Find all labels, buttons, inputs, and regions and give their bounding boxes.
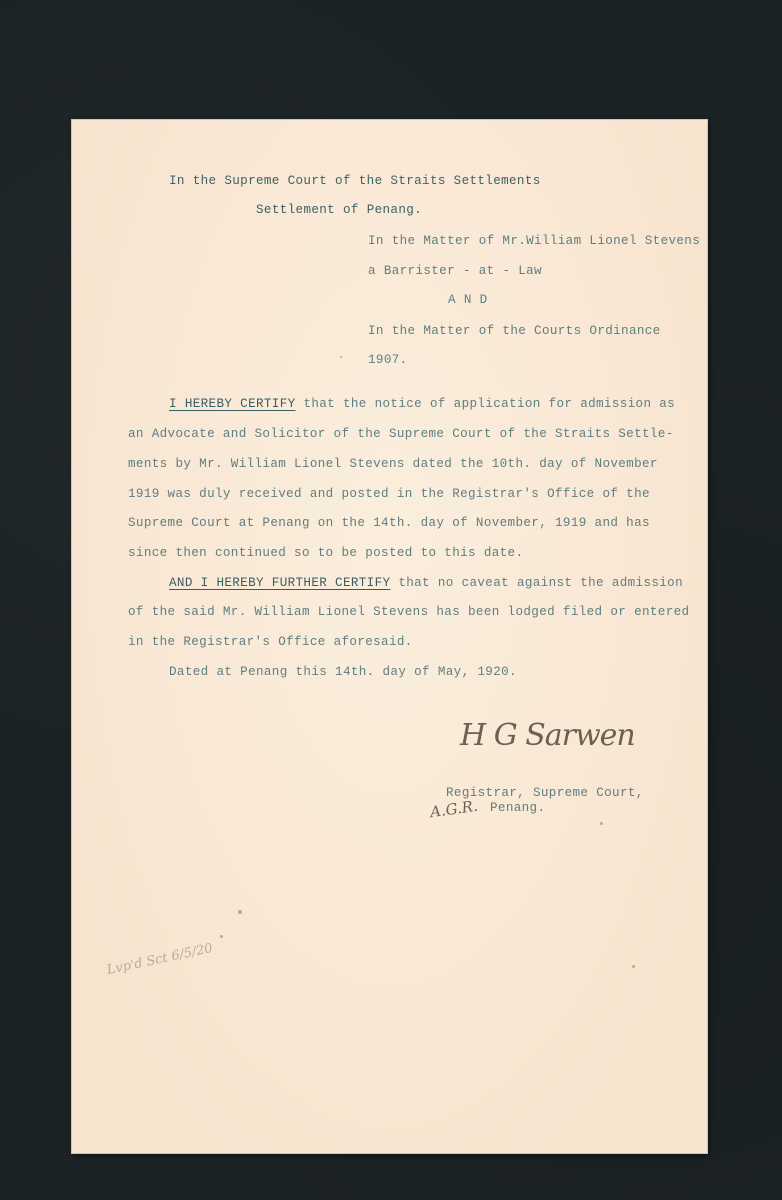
paragraph-1-line-1: I HEREBY CERTIFY that the notice of appl… [169, 396, 675, 412]
and-conjunction: A N D [448, 292, 488, 308]
certificate-document: In the Supreme Court of the Straits Sett… [72, 120, 707, 1153]
certify-lead: I HEREBY CERTIFY [169, 397, 296, 411]
paragraph-2-line-1: AND I HEREBY FURTHER CERTIFY that no cav… [169, 575, 683, 591]
matter-heading-2: In the Matter of the Courts Ordinance [368, 323, 661, 339]
foxing-spot [340, 356, 342, 358]
matter-heading-1: In the Matter of Mr.William Lionel Steve… [368, 233, 700, 249]
paragraph-2-line-3: in the Registrar's Office aforesaid. [128, 634, 413, 650]
pencil-margin-note: Lvp'd Sct 6/5/20 [106, 941, 214, 978]
foxing-spot [632, 965, 635, 968]
paragraph-1-line-5: Supreme Court at Penang on the 14th. day… [128, 515, 650, 531]
registrar-signature: H G Sarwen [460, 718, 635, 753]
court-heading: In the Supreme Court of the Straits Sett… [169, 173, 541, 189]
paragraph-1-line-3: ments by Mr. William Lionel Stevens date… [128, 456, 658, 472]
paragraph-2-line-2: of the said Mr. William Lionel Stevens h… [128, 604, 689, 620]
paragraph-1-line-2: an Advocate and Solicitor of the Supreme… [128, 426, 674, 442]
foxing-spot [220, 935, 223, 938]
registrar-location: Penang. [490, 800, 545, 816]
foxing-spot [600, 822, 603, 825]
matter-heading-2b: 1907. [368, 352, 408, 368]
foxing-spot [238, 910, 242, 914]
initials-mark: A.G.R. [429, 797, 479, 821]
paragraph-1-line-4: 1919 was duly received and posted in the… [128, 486, 650, 502]
paragraph-1-line-6: since then continued so to be posted to … [128, 545, 523, 561]
settlement-heading: Settlement of Penang. [256, 202, 422, 218]
matter-heading-1b: a Barrister - at - Law [368, 263, 542, 279]
further-certify-lead: AND I HEREBY FURTHER CERTIFY [169, 576, 390, 590]
dated-line: Dated at Penang this 14th. day of May, 1… [169, 664, 517, 680]
